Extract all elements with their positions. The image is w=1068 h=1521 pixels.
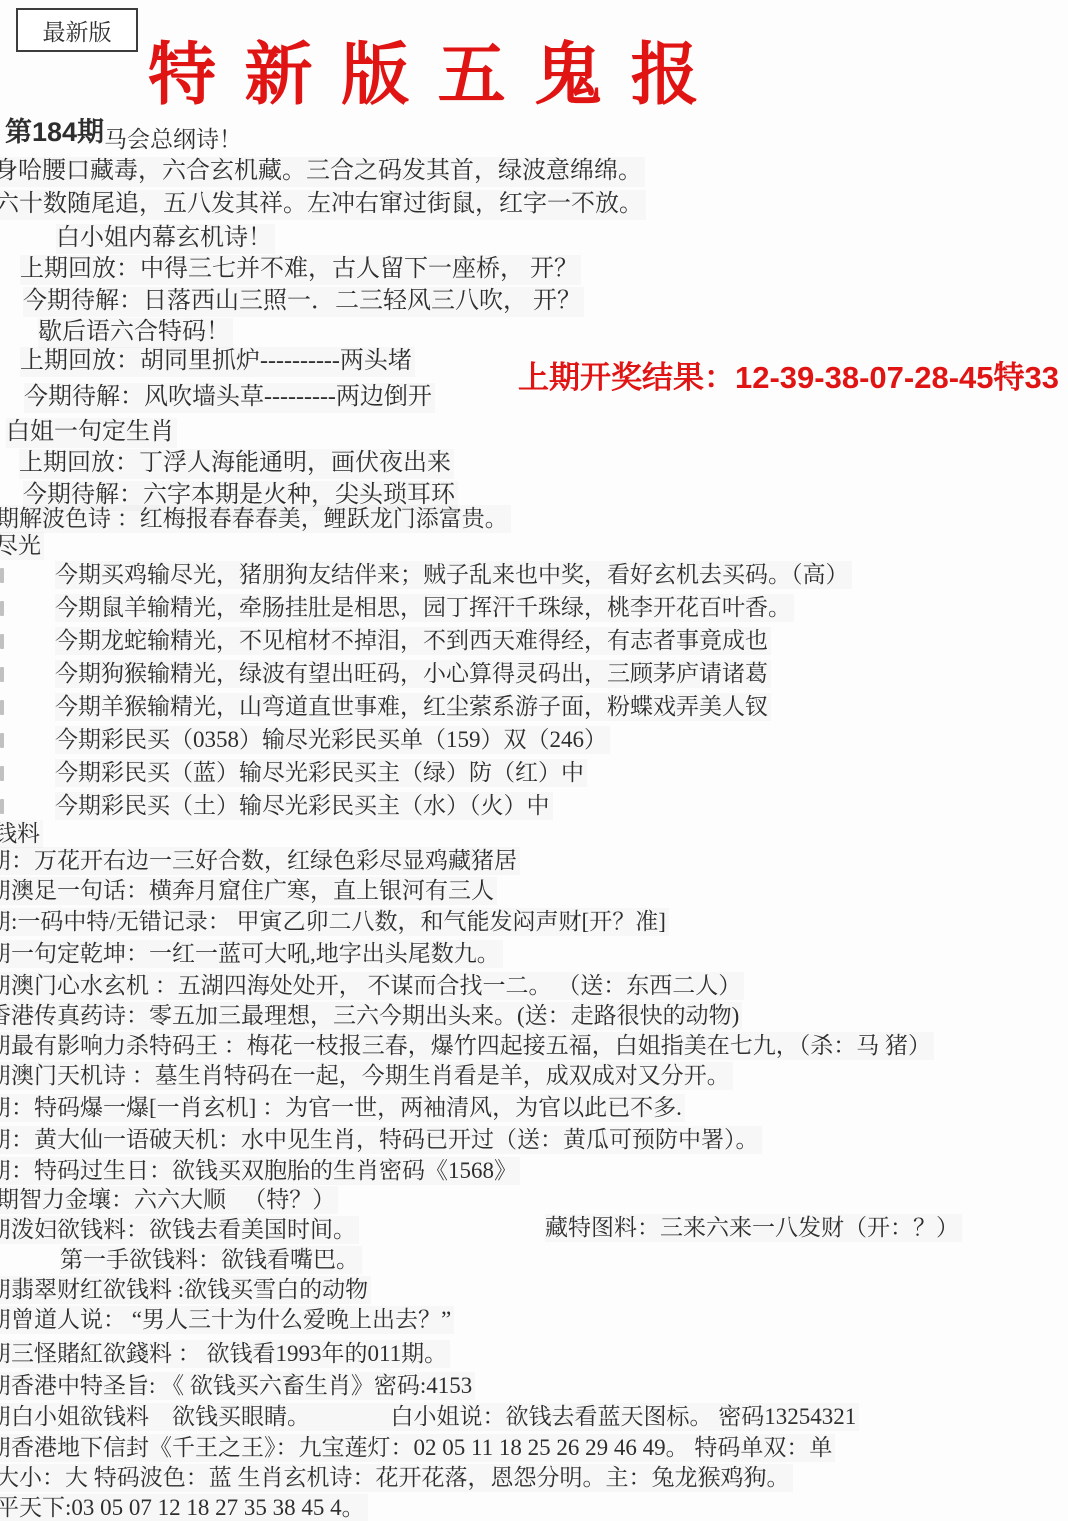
- text-line-content: 朋：特码过生日：欲钱买双胞胎的生肖密码《1568》: [0, 1157, 520, 1185]
- text-line-content: 朋香港地下信封《千王之王》：九宝莲灯：02 05 11 18 25 26 29 …: [0, 1434, 835, 1462]
- text-line: 朋翡翠财红欲钱料 :欲钱买雪白的动物: [0, 1276, 1068, 1304]
- text-line-content: 平天下:03 05 07 12 18 27 35 38 45 4。: [0, 1494, 368, 1521]
- text-line: 朋三怪賭紅欲錢料 ： 欲钱看1993年的011期。: [0, 1340, 1068, 1368]
- text-line-content: 朋最有影响力杀特码王 ：梅花一枝报三春，爆竹四起接五福，白姐指美在七九，（杀：马…: [0, 1032, 934, 1060]
- text-line-content: 大小：大 特码波色：蓝 生肖玄机诗：花开花落，恩怨分明。主：兔龙猴鸡狗。: [0, 1464, 793, 1492]
- left-edge-mark: [0, 568, 4, 583]
- text-line-content: 朋:一码中特/无错记录： 甲寅乙卯二八数，和气能发闷声财[开？准]: [0, 908, 669, 936]
- text-line: 朋香港地下信封《千王之王》：九宝莲灯：02 05 11 18 25 26 29 …: [0, 1434, 1068, 1462]
- text-line-content: 朋曾道人说： “男人三十为什么爱晚上出去？”: [0, 1306, 454, 1334]
- lottery-tip-sheet: 最新版 特新版五鬼报 第184期 马会总纲诗！ 上期开奖结果：12-39-38-…: [0, 0, 1068, 1521]
- text-line-content: 今期待解：日落西山三照一．二三轻风三八吹， 开？: [23, 287, 584, 317]
- text-line: 钱料: [0, 820, 1068, 848]
- left-edge-mark: [0, 667, 4, 682]
- text-line-content: 钱料: [0, 820, 43, 848]
- text-line: 平天下:03 05 07 12 18 27 35 38 45 4。: [0, 1494, 1068, 1521]
- text-line-content: 期解波色诗 ：红梅报春春春美，鲤跃龙门添富贵。: [0, 505, 511, 533]
- text-line: 朋澳足一句话：横奔月窟住广寒，直上银河有三人: [0, 877, 1068, 905]
- text-line-content: 今期彩民买（0358）输尽光彩民买单（159）双（246）: [55, 726, 610, 754]
- text-line-content: 白姐一句定生肖: [6, 418, 177, 448]
- text-line-content: 身哈腰口藏毒，六合玄机藏。三合之码发其首，绿波意绵绵。: [0, 157, 645, 187]
- text-line-content: 今期彩民买（蓝）输尽光彩民买主（绿）防（红）中: [55, 759, 587, 787]
- text-line-content: 今期待解：风吹墙头草---------两边倒开: [24, 383, 435, 413]
- text-line: 今期狗猴输精光，绿波有望出旺码，小心算得灵码出，三顾茅庐请诸葛: [0, 660, 1068, 688]
- text-line: 第一手欲钱料：欲钱看嘴巴。: [0, 1246, 1068, 1274]
- text-line-content: 朋：万花开右边一三好合数，红绿色彩尽显鸡藏猪居: [0, 847, 520, 875]
- text-line-content: 上期回放：中得三七并不难，古人留下一座桥， 开？: [20, 255, 581, 285]
- text-line-content: 朋香港中特圣旨: 《 欲钱买六畜生肖》密码:4153: [0, 1372, 475, 1400]
- text-line: 今期待解：风吹墙头草---------两边倒开: [0, 383, 1068, 413]
- issue-number: 第184期: [5, 110, 104, 149]
- text-line-content: 歇后语六合特码！: [38, 318, 233, 348]
- text-line: 今期彩民买（蓝）输尽光彩民买主（绿）防（红）中: [0, 759, 1068, 787]
- text-line: 六十数随尾追，五八发其祥。左冲右窜过街鼠，红字一不放。: [0, 190, 1068, 220]
- text-line: 今期买鸡输尽光，猪朋狗友结伴来；贼子乱来也中奖，看好玄机去买码。（高）: [0, 561, 1068, 589]
- text-line: 上期回放：中得三七并不难，古人留下一座桥， 开？: [0, 255, 1068, 285]
- text-line-content: 上期回放：胡同里抓炉----------两头堵: [20, 347, 415, 377]
- text-line: 今期待解：日落西山三照一．二三轻风三八吹， 开？: [0, 287, 1068, 317]
- text-line-content: 藏特图料：三来六来一八发财（开：？）: [545, 1214, 962, 1242]
- text-line: 尽光: [0, 532, 1068, 560]
- left-edge-mark: [0, 733, 4, 748]
- text-line: 朋香港中特圣旨: 《 欲钱买六畜生肖》密码:4153: [0, 1372, 1068, 1400]
- text-line: 期智力金壤：六六大顺 （特？）: [0, 1186, 1068, 1214]
- text-line: 今期羊猴输精光，山弯道直世事难，红尘萦系游子面，粉蝶戏弄美人钗: [0, 693, 1068, 721]
- text-line-content: 今期鼠羊输精光，牵肠挂肚是相思，园丁挥汗千珠绿，桃李开花百叶香。: [55, 594, 794, 622]
- issue-subtitle: 马会总纲诗！: [104, 121, 242, 154]
- text-line: 白姐一句定生肖: [0, 418, 1068, 448]
- text-line: 朋：黄大仙一语破天机：水中见生肖，特码已开过（送：黄瓜可预防中署）。: [0, 1126, 1068, 1154]
- text-line-content: 白小姐内幕玄机诗！: [56, 224, 275, 254]
- latest-edition-label: 最新版: [43, 14, 112, 47]
- text-line: 朋曾道人说： “男人三十为什么爱晚上出去？”: [0, 1306, 1068, 1334]
- text-line-content: 朋：黄大仙一语破天机：水中见生肖，特码已开过（送：黄瓜可预防中署）。: [0, 1126, 762, 1154]
- text-line-content: 朋澳门天机诗 ：墓生肖特码在一起，今期生肖看是羊，成双成对又分开。: [0, 1062, 733, 1090]
- text-line: 香港传真药诗：零五加三最理想，三六今期出头来。(送：走路很快的动物): [0, 1002, 1068, 1030]
- text-line: 朋：特码过生日：欲钱买双胞胎的生肖密码《1568》: [0, 1157, 1068, 1185]
- text-line-content: 六十数随尾追，五八发其祥。左冲右窜过街鼠，红字一不放。: [0, 190, 646, 220]
- text-line: 上期回放：丁浮人海能通明，画伏夜出来: [0, 449, 1068, 479]
- text-line-content: 朋澳足一句话：横奔月窟住广寒，直上银河有三人: [0, 877, 497, 905]
- left-edge-mark: [0, 601, 4, 616]
- left-edge-mark: [0, 799, 4, 814]
- text-line-content: 朋澳门心水玄机 ：五湖四海处处开， 不谋而合找一二。 （送：东西二人）: [0, 972, 744, 1000]
- text-line-content: 朋翡翠财红欲钱料 :欲钱买雪白的动物: [0, 1276, 371, 1304]
- text-line-content: 上期回放：丁浮人海能通明，画伏夜出来: [19, 449, 454, 479]
- left-edge-mark: [0, 634, 4, 649]
- text-line: 白小姐内幕玄机诗！: [0, 224, 1068, 254]
- text-line-content: 香港传真药诗：零五加三最理想，三六今期出头来。(送：走路很快的动物): [0, 1002, 742, 1030]
- text-line-content: 朋：特码爆一爆[一肖玄机] ：为官一世，两袖清风，为官以此已不多.: [0, 1094, 685, 1122]
- text-line: 今期彩民买（土）输尽光彩民买主（水）（火）中: [0, 792, 1068, 820]
- latest-edition-badge: 最新版: [16, 8, 138, 52]
- text-line-content: 第一手欲钱料：欲钱看嘴巴。: [60, 1246, 362, 1274]
- text-line-content: 朋白小姐欲钱料 欲钱买眼睛。 白小姐说：欲钱去看蓝天图标。 密码13254321: [0, 1403, 859, 1431]
- text-line-content: 朋三怪賭紅欲錢料 ： 欲钱看1993年的011期。: [0, 1340, 450, 1368]
- left-edge-mark: [0, 700, 4, 715]
- text-line-content: 今期龙蛇输精光，不见棺材不掉泪，不到西天难得经，有志者事竟成也: [55, 627, 771, 655]
- text-line: 朋澳门天机诗 ：墓生肖特码在一起，今期生肖看是羊，成双成对又分开。: [0, 1062, 1068, 1090]
- text-line: 今期龙蛇输精光，不见棺材不掉泪，不到西天难得经，有志者事竟成也: [0, 627, 1068, 655]
- text-line: 朋：万花开右边一三好合数，红绿色彩尽显鸡藏猪居: [0, 847, 1068, 875]
- text-line: 上期回放：胡同里抓炉----------两头堵: [0, 347, 1068, 377]
- text-line: 朋：特码爆一爆[一肖玄机] ：为官一世，两袖清风，为官以此已不多.: [0, 1094, 1068, 1122]
- text-line: 藏特图料：三来六来一八发财（开：？）: [0, 1214, 1068, 1242]
- text-line-content: 今期彩民买（土）输尽光彩民买主（水）（火）中: [55, 792, 553, 820]
- text-line-content: 期智力金壤：六六大顺 （特？）: [0, 1186, 338, 1214]
- text-line-content: 尽光: [0, 532, 44, 560]
- text-line: 朋澳门心水玄机 ：五湖四海处处开， 不谋而合找一二。 （送：东西二人）: [0, 972, 1068, 1000]
- left-edge-mark: [0, 766, 4, 781]
- text-line: 朋:一码中特/无错记录： 甲寅乙卯二八数，和气能发闷声财[开？准]: [0, 908, 1068, 936]
- text-line: 今期鼠羊输精光，牵肠挂肚是相思，园丁挥汗千珠绿，桃李开花百叶香。: [0, 594, 1068, 622]
- text-line-content: 今期买鸡输尽光，猪朋狗友结伴来；贼子乱来也中奖，看好玄机去买码。（高）: [55, 561, 852, 589]
- text-line: 朋最有影响力杀特码王 ：梅花一枝报三春，爆竹四起接五福，白姐指美在七九，（杀：马…: [0, 1032, 1068, 1060]
- text-line: 歇后语六合特码！: [0, 318, 1068, 348]
- text-line: 朋白小姐欲钱料 欲钱买眼睛。 白小姐说：欲钱去看蓝天图标。 密码13254321: [0, 1403, 1068, 1431]
- text-line-content: 今期狗猴输精光，绿波有望出旺码，小心算得灵码出，三顾茅庐请诸葛: [55, 660, 771, 688]
- text-line-content: 今期羊猴输精光，山弯道直世事难，红尘萦系游子面，粉蝶戏弄美人钗: [55, 693, 771, 721]
- page-title: 特新版五鬼报: [148, 40, 727, 111]
- text-line: 今期彩民买（0358）输尽光彩民买单（159）双（246）: [0, 726, 1068, 754]
- text-line: 期解波色诗 ：红梅报春春春美，鲤跃龙门添富贵。: [0, 505, 1068, 533]
- text-line: 大小：大 特码波色：蓝 生肖玄机诗：花开花落，恩怨分明。主：兔龙猴鸡狗。: [0, 1464, 1068, 1492]
- text-line-content: 朋一句定乾坤：一红一蓝可大吼,地字出头尾数九。: [0, 940, 503, 968]
- text-line: 身哈腰口藏毒，六合玄机藏。三合之码发其首，绿波意绵绵。: [0, 157, 1068, 187]
- text-line: 朋一句定乾坤：一红一蓝可大吼,地字出头尾数九。: [0, 940, 1068, 968]
